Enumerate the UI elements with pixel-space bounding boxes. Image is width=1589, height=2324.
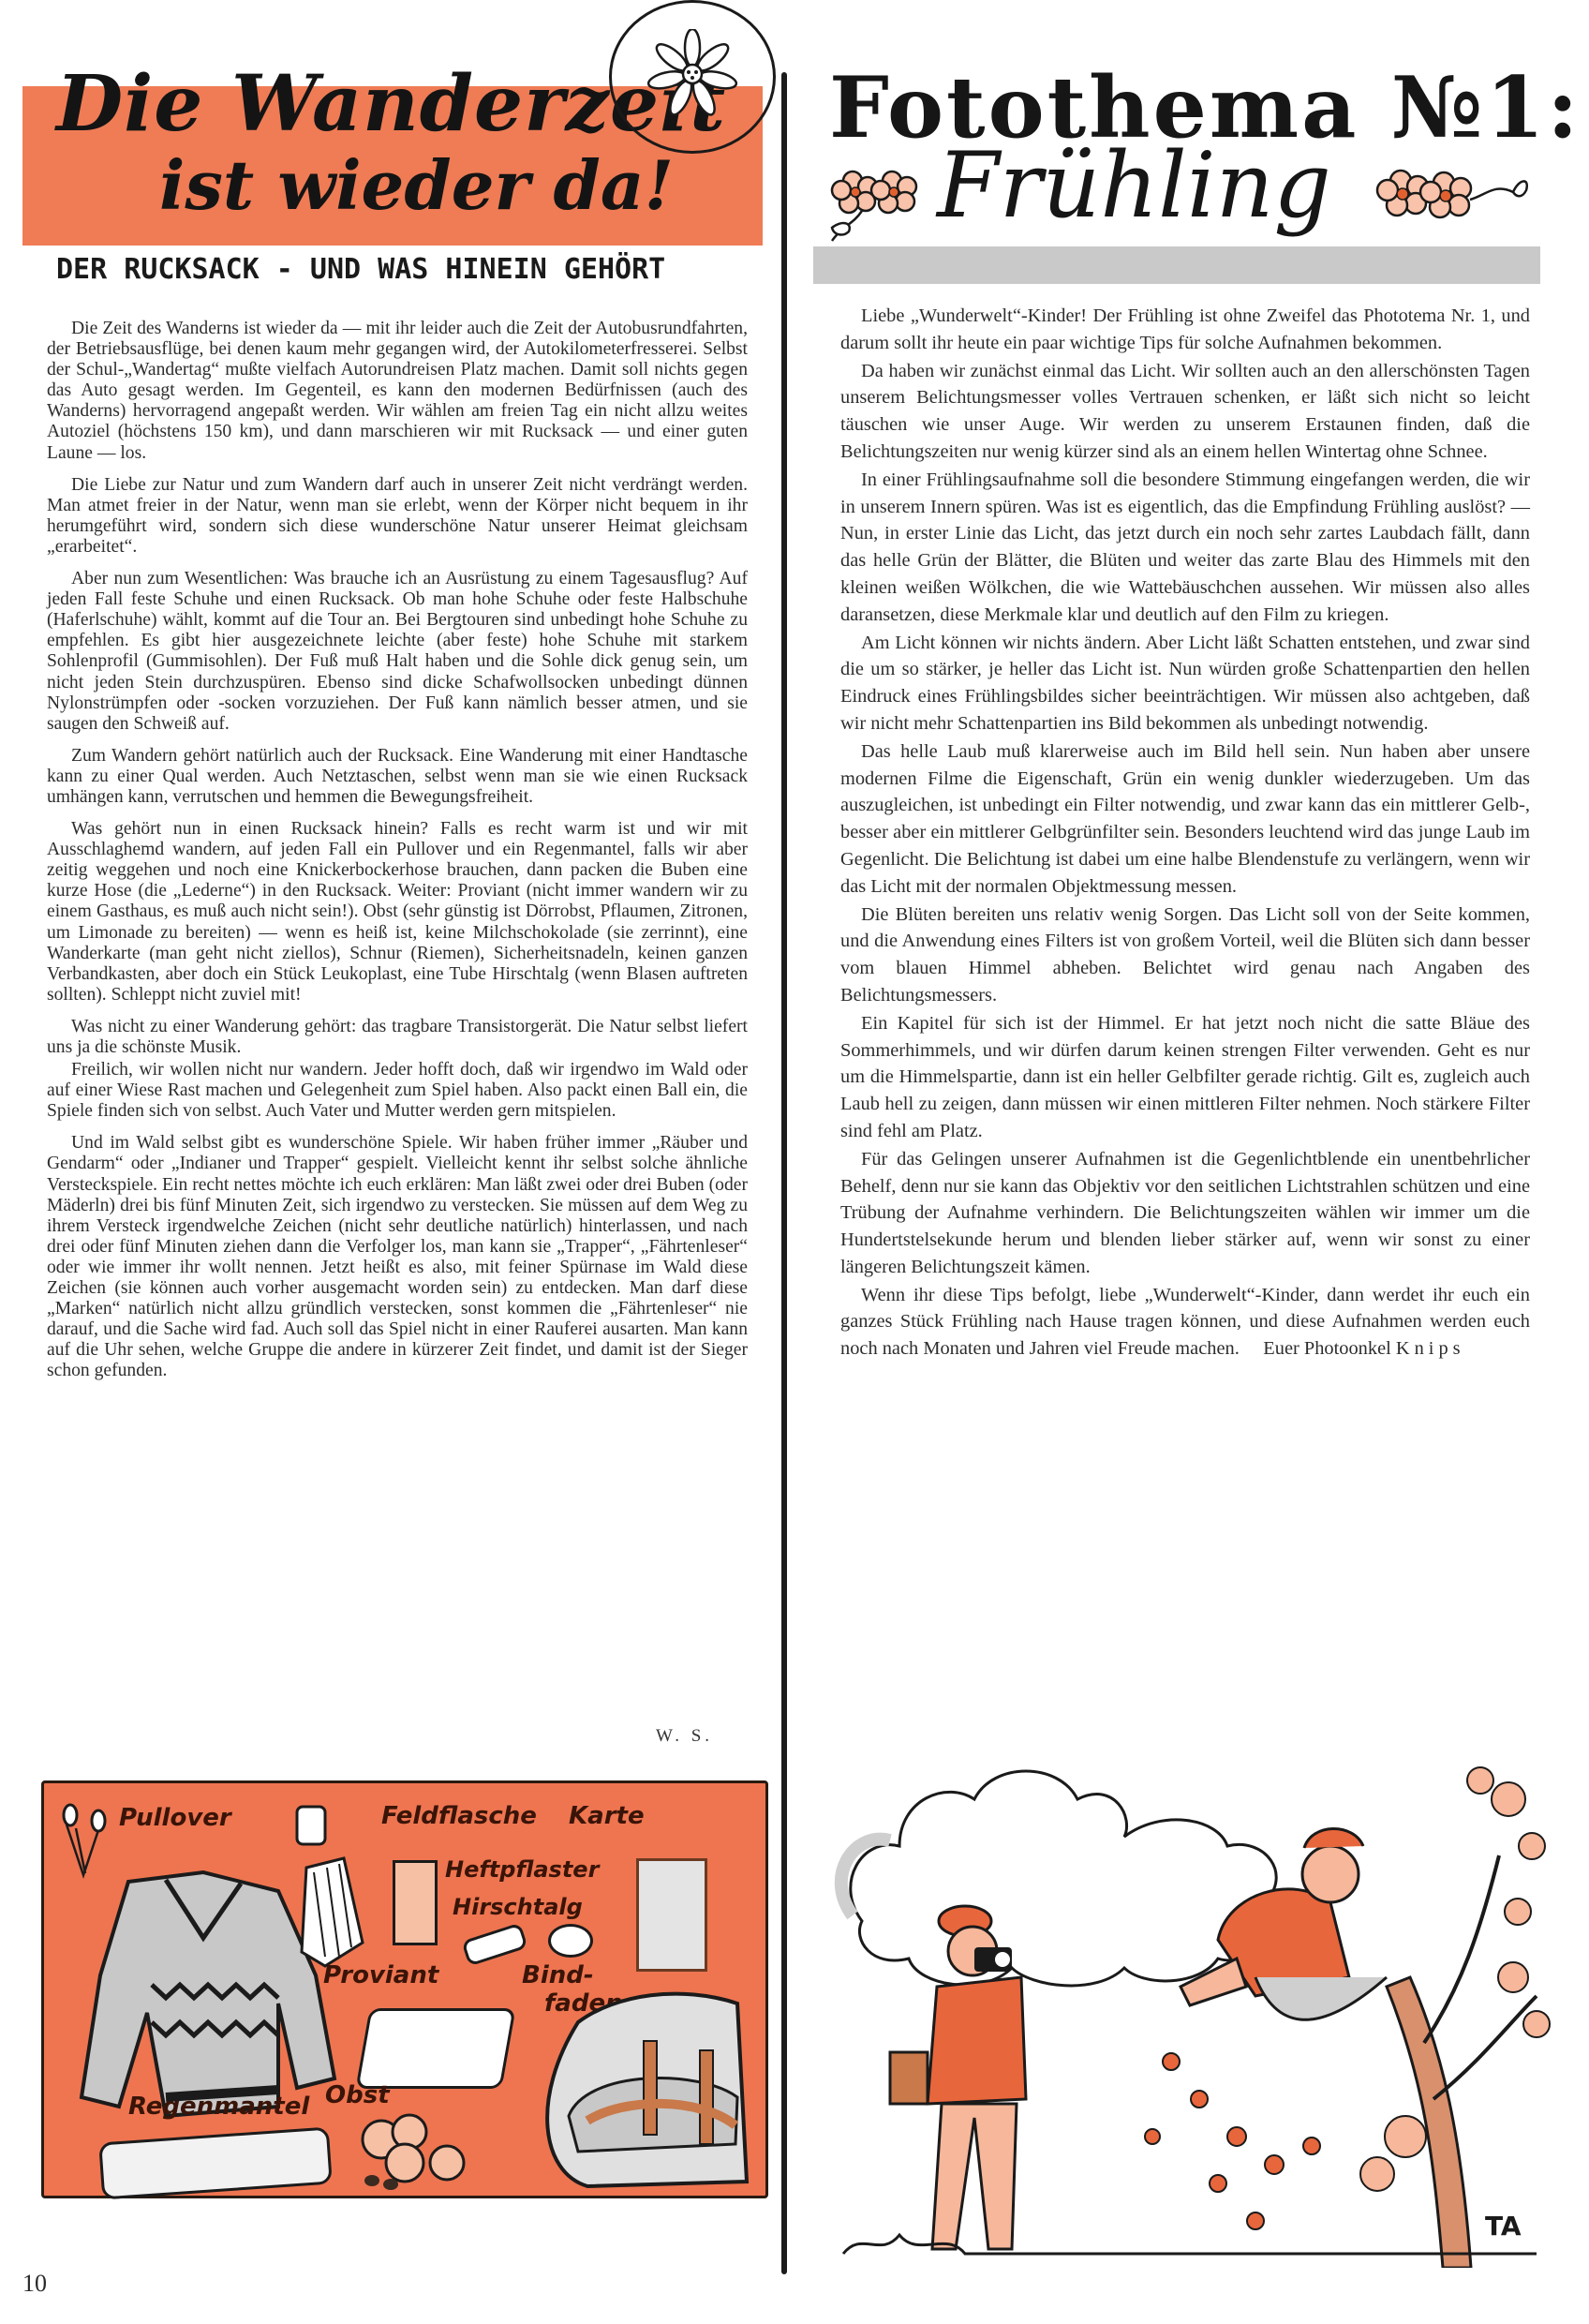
tube-icon xyxy=(461,1922,527,1966)
paragraph: Das helle Laub muß klarerweise auch im B… xyxy=(840,738,1530,901)
artist-mark: TA xyxy=(1485,2211,1522,2242)
plaster-icon xyxy=(393,1860,438,1945)
paragraph: Am Licht können wir nichts ändern. Aber … xyxy=(840,630,1530,737)
left-article-body: Die Zeit des Wanderns ist wieder da — mi… xyxy=(47,319,748,1393)
string-bundle-icon xyxy=(548,1924,593,1958)
paragraph: Für das Gelingen unserer Aufnahmen ist d… xyxy=(840,1146,1530,1281)
paragraph: Die Liebe zur Natur und zum Wandern darf… xyxy=(47,475,748,558)
label-obst: Obst xyxy=(325,2081,390,2109)
label-heftpflaster: Heftpflaster xyxy=(445,1856,599,1883)
paragraph: Freilich, wir wollen nicht nur wandern. … xyxy=(47,1060,748,1122)
page-number: 10 xyxy=(22,2270,47,2298)
paragraph: In einer Frühlingsaufnahme soll die beso… xyxy=(840,467,1530,629)
edelweiss-stamp-icon xyxy=(609,0,776,154)
flower-decoration-left-icon xyxy=(824,155,937,248)
paragraph: Was gehört nun in einen Rucksack hinein?… xyxy=(47,819,748,1006)
flower-decoration-right-icon xyxy=(1373,155,1541,248)
label-pullover: Pullover xyxy=(119,1804,231,1832)
paragraph: Und im Wald selbst gibt es wunderschöne … xyxy=(47,1133,748,1381)
label-feldflasche: Feldflasche xyxy=(381,1802,537,1830)
edelweiss-icon xyxy=(647,29,737,119)
left-article-signature: W. S. xyxy=(656,1726,713,1747)
canteen-icon xyxy=(288,1802,372,1980)
label-karte: Karte xyxy=(569,1802,645,1830)
paragraph: Was nicht zu einer Wanderung gehört: das… xyxy=(47,1017,748,1058)
label-proviant: Proviant xyxy=(323,1961,438,1989)
backpack-icon xyxy=(512,1985,756,2191)
right-article-subtitle: Frühling xyxy=(937,141,1331,231)
paragraph: Die Blüten bereiten uns relativ wenig So… xyxy=(840,901,1530,1009)
left-article-subtitle: DER RUCKSACK - UND WAS HINEIN GEHÖRT xyxy=(56,253,750,286)
paragraph: Aber nun zum Wesentlichen: Was brauche i… xyxy=(47,569,748,735)
map-icon xyxy=(636,1858,707,1972)
fruit-icon xyxy=(353,2111,484,2191)
paragraph: Die Zeit des Wanderns ist wieder da — mi… xyxy=(47,319,748,464)
label-hirschtalg: Hirschtalg xyxy=(453,1894,583,1920)
title-gray-band xyxy=(813,246,1540,284)
label-regenmantel: Regenmantel xyxy=(128,2093,309,2121)
provisions-box-icon xyxy=(355,2008,515,2089)
paragraph: Wenn ihr diese Tips befolgt, liebe „Wund… xyxy=(840,1282,1530,1363)
right-article-signature: Euer Photoonkel Knips xyxy=(1263,1338,1464,1359)
paragraph: Da haben wir zunächst einmal das Licht. … xyxy=(840,358,1530,466)
paragraph: Zum Wandern gehört natürlich auch der Ru… xyxy=(47,746,748,808)
title-line-2: ist wieder da! xyxy=(37,152,731,219)
right-article-body: Liebe „Wunderwelt“-Kinder! Der Frühling … xyxy=(840,303,1530,1363)
column-divider xyxy=(781,72,787,2274)
paragraph: Ein Kapitel für sich ist der Himmel. Er … xyxy=(840,1010,1530,1145)
photographer-cartoon-illustration: TA xyxy=(824,1743,1555,2268)
paragraph: Liebe „Wunderwelt“-Kinder! Der Frühling … xyxy=(840,303,1530,357)
rucksack-contents-illustration: Pullover Feldflasche Karte Heftpflaster … xyxy=(41,1780,768,2198)
